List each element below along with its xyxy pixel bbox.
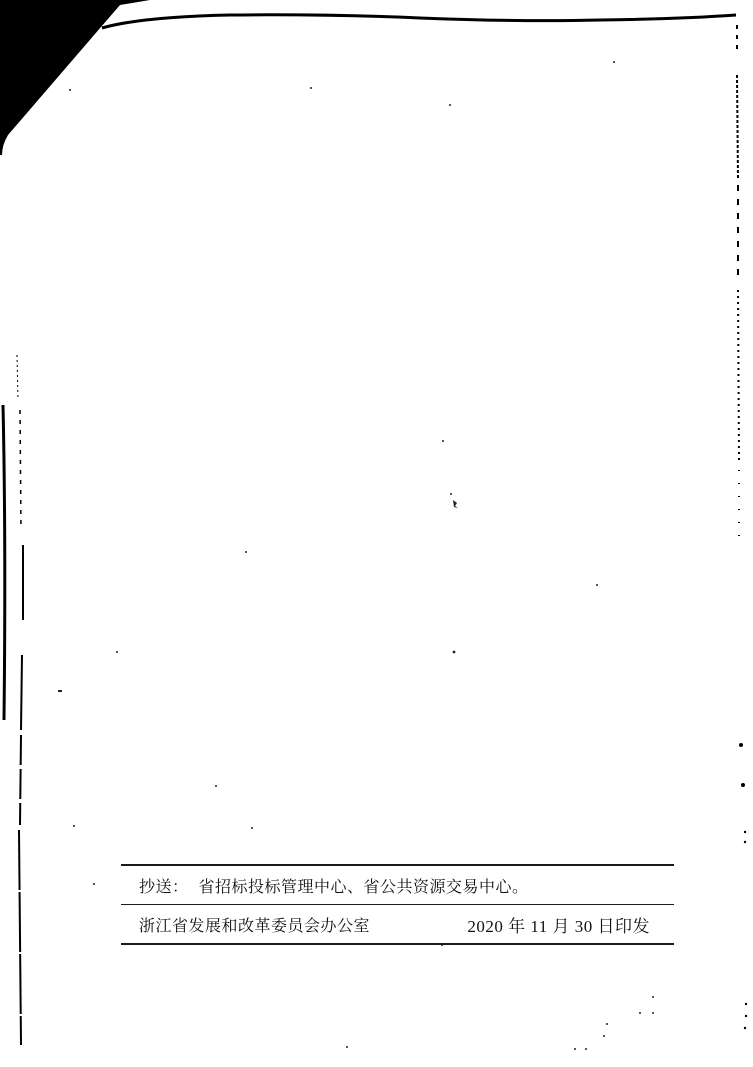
right-margin-marks <box>737 25 739 540</box>
cc-label: 抄送： <box>139 874 189 897</box>
issuer-row: 浙江省发展和改革委员会办公室 2020 年 11 月 30 日印发 <box>121 905 674 943</box>
cc-recipients: 省招标投标管理中心、省公共资源交易中心。 <box>199 874 529 897</box>
page-top-edge <box>102 15 736 28</box>
document-footer: 抄送： 省招标投标管理中心、省公共资源交易中心。 浙江省发展和改革委员会办公室 … <box>121 864 674 945</box>
footer-bottom-rule <box>121 943 674 945</box>
right-margin-dots <box>739 743 747 1029</box>
folded-corner-shadow <box>0 0 150 155</box>
cc-row: 抄送： 省招标投标管理中心、省公共资源交易中心。 <box>121 866 674 904</box>
issue-date: 2020 年 11 月 30 日印发 <box>467 912 650 937</box>
left-margin-marks <box>3 355 23 1045</box>
issuing-office: 浙江省发展和改革委员会办公室 <box>139 913 370 936</box>
